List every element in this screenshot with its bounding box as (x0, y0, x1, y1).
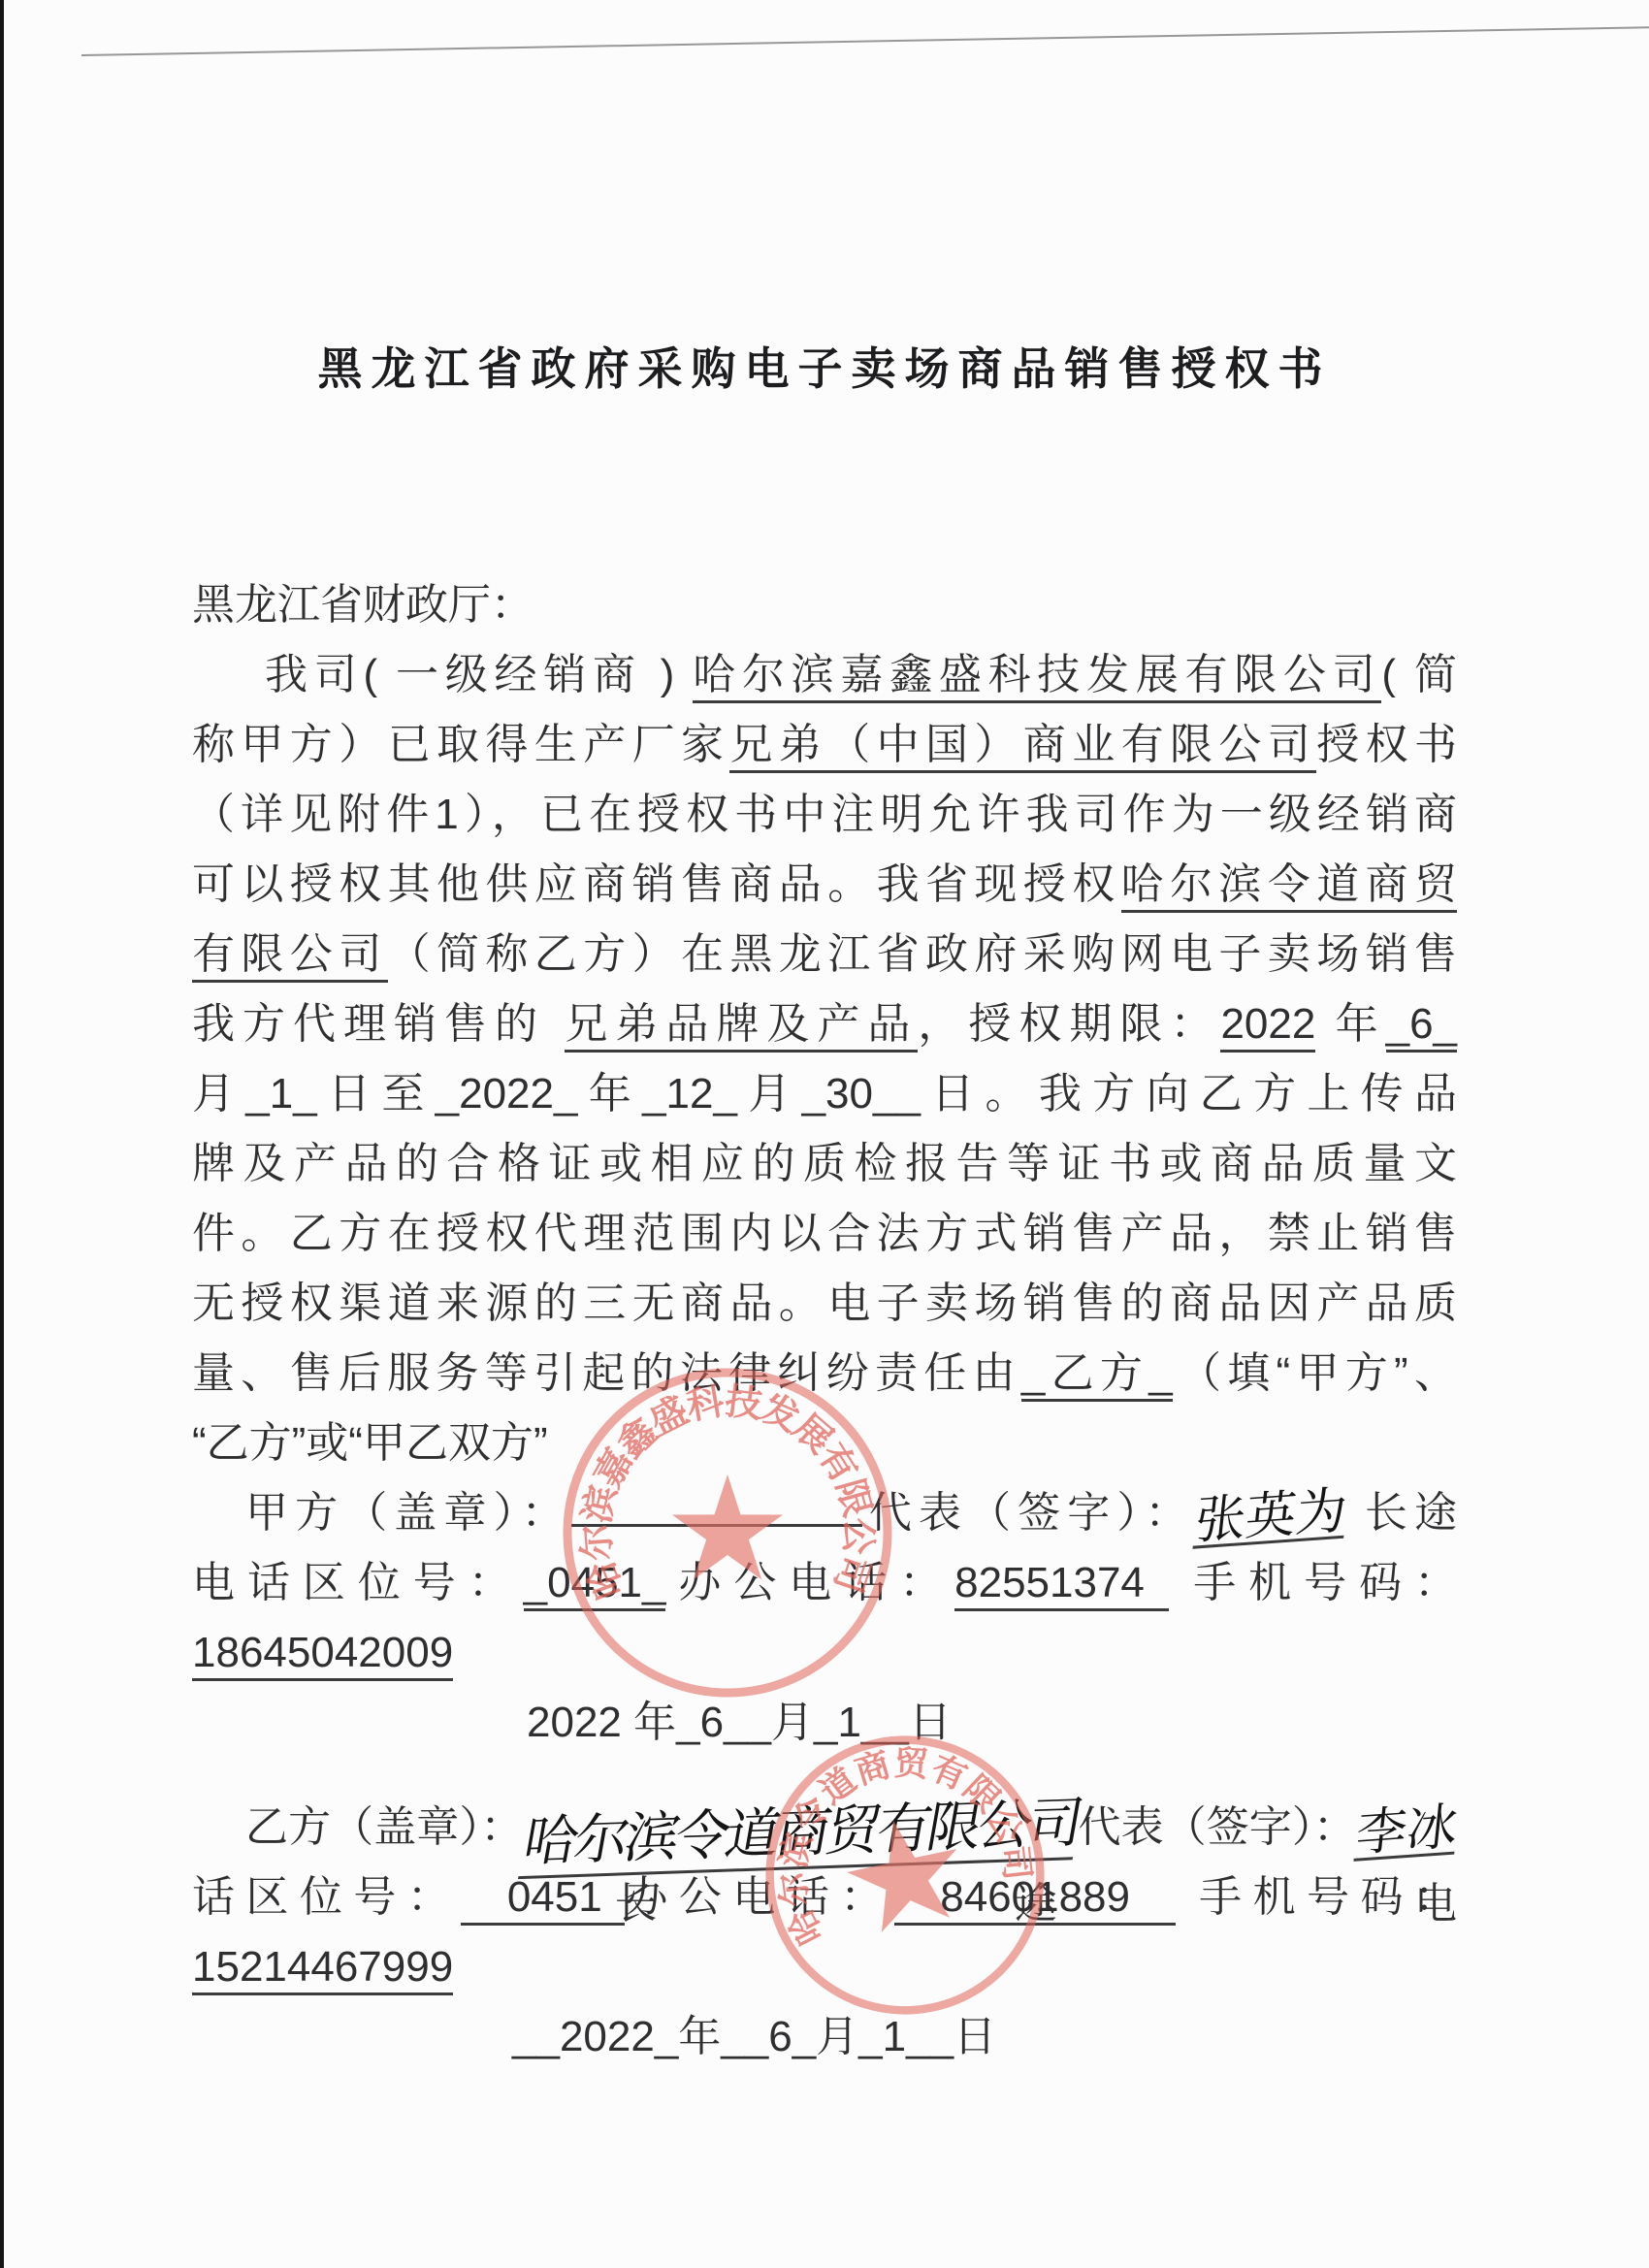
text-line: __2022_年__6_月_1__日 (192, 2002, 1457, 2072)
printed-text: 甲方（盖章）： (245, 1489, 571, 1537)
printed-text: 称甲方）已取得生产厂家 (192, 721, 729, 768)
text-line: （详见附件1），已在授权书中注明允许我司作为一级经销商 (192, 780, 1457, 850)
printed-text: 年 (1315, 1000, 1385, 1048)
printed-text: 0451 (461, 1873, 625, 1926)
printed-text: 哈尔滨令道商贸 (1121, 860, 1457, 913)
handwritten-text: 李冰 (1353, 1804, 1459, 1862)
printed-text: 办公电话： (625, 1873, 893, 1921)
printed-text: （简称乙方）在黑龙江省政府采购网电子卖场销售 (388, 930, 1457, 978)
printed-text: _0451_ (524, 1559, 666, 1611)
printed-text: 2022 (1220, 1000, 1315, 1053)
printed-text: 哈尔滨嘉鑫盛科技发展有限公司 (693, 651, 1381, 703)
printed-text: “乙方”或“甲乙双方” (192, 1419, 548, 1467)
printed-text: 我司( 一级经销商 ) (265, 651, 693, 698)
printed-text: 授权书 (1316, 721, 1457, 768)
printed-text: 84601889 (894, 1873, 1177, 1926)
text-line: 18645042009 (192, 1618, 1457, 1688)
printed-text: ，授权期限： (918, 1000, 1220, 1048)
printed-text: 月_1_日至_2022_年_12_月_30__日。我方向乙方上传品 (192, 1070, 1457, 1118)
text-line: 话区位号： 0451 办公电话： 84601889 手机号码： (192, 1863, 1457, 1932)
printed-text: 15214467999 (192, 1943, 453, 1995)
text-line: 15214467999 (192, 1932, 1457, 2002)
text-line: 牌及产品的合格证或相应的质检报告等证书或商品质量文 (192, 1129, 1457, 1199)
text-line: 可以授权其他供应商销售商品。我省现授权哈尔滨令道商贸 (192, 850, 1457, 920)
printed-text: 长途 (1346, 1489, 1457, 1537)
printed-text: 黑龙江省财政厅： (192, 581, 533, 629)
text-line: 件。乙方在授权代理范围内以合法方式销售产品，禁止销售 (192, 1199, 1457, 1269)
printed-text: 办公电话： (665, 1559, 954, 1606)
text-line: 甲方（盖章）：代表（签字）：张英为 长途 (192, 1478, 1457, 1548)
printed-text: 无授权渠道来源的三无商品。电子卖场销售的商品因产品质 (192, 1280, 1457, 1327)
document-body: 黑龙江省财政厅：我司( 一级经销商 ) 哈尔滨嘉鑫盛科技发展有限公司( 简称甲方… (192, 570, 1457, 2072)
printed-text: 2022 年_6__月_1__日 (527, 1699, 952, 1746)
printed-text: 可以授权其他供应商销售商品。我省现授权 (192, 860, 1121, 908)
printed-text: 牌及产品的合格证或相应的质检报告等证书或商品质量文 (192, 1140, 1457, 1187)
printed-text: __2022_年__6_月_1__日 (512, 2013, 996, 2060)
text-line: 我方代理销售的 兄弟品牌及产品，授权期限：2022 年_6_ (192, 989, 1457, 1059)
text-line: 我司( 一级经销商 ) 哈尔滨嘉鑫盛科技发展有限公司( 简 (192, 640, 1457, 710)
scanned-document-page: 黑龙江省政府采购电子卖场商品销售授权书 黑龙江省财政厅：我司( 一级经销商 ) … (0, 0, 1649, 2268)
text-line: 乙方（盖章）：哈尔滨令道商贸有限公司代表（签字）：李冰 长途电 (192, 1793, 1457, 1863)
printed-text: 我方代理销售的 (192, 1000, 565, 1048)
printed-text: 手机号码： (1169, 1559, 1457, 1606)
text-line: 有限公司（简称乙方）在黑龙江省政府采购网电子卖场销售 (192, 920, 1457, 989)
printed-text: 代表（签字）： (862, 1489, 1195, 1537)
document-title: 黑龙江省政府采购电子卖场商品销售授权书 (0, 334, 1649, 398)
printed-text: 82551374 (954, 1559, 1169, 1611)
text-line: 电话区位号：_0451_办公电话：82551374 手机号码： (192, 1548, 1457, 1618)
printed-text: （填“甲方”、 (1173, 1349, 1457, 1397)
scan-page-edge-line (81, 26, 1649, 56)
printed-text: 代表（签字）： (1078, 1803, 1356, 1851)
printed-text: _6_ (1386, 1000, 1457, 1053)
printed-text (571, 1522, 862, 1527)
printed-text: 量、售后服务等引起的法律纠纷责任由 (192, 1349, 1021, 1397)
printed-text: 话区位号： (192, 1873, 461, 1921)
text-line: 月_1_日至_2022_年_12_月_30__日。我方向乙方上传品 (192, 1059, 1457, 1129)
text-line: 无授权渠道来源的三无商品。电子卖场销售的商品因产品质 (192, 1269, 1457, 1339)
printed-text: 乙方（盖章）： (245, 1803, 523, 1851)
printed-text: （详见附件1），已在授权书中注明允许我司作为一级经销商 (192, 791, 1457, 838)
printed-text: 手机号码： (1176, 1873, 1457, 1921)
printed-text: 兄弟（中国）商业有限公司 (729, 721, 1316, 773)
handwritten-text: 张英为 (1192, 1488, 1348, 1548)
text-line: 称甲方）已取得生产厂家兄弟（中国）商业有限公司授权书 (192, 710, 1457, 780)
text-line: 黑龙江省财政厅： (192, 570, 1457, 640)
text-line: 2022 年_6__月_1__日 (192, 1688, 1457, 1758)
printed-text: 电话区位号： (192, 1559, 524, 1606)
text-line: “乙方”或“甲乙双方” (192, 1409, 1457, 1478)
printed-text: 兄弟品牌及产品 (565, 1000, 918, 1053)
printed-text: _乙方_ (1021, 1349, 1173, 1402)
text-line: 量、售后服务等引起的法律纠纷责任由_乙方_（填“甲方”、 (192, 1339, 1457, 1409)
printed-text: 18645042009 (192, 1629, 453, 1681)
printed-text: ( 简 (1381, 651, 1457, 698)
printed-text: 有限公司 (192, 930, 388, 983)
printed-text: 件。乙方在授权代理范围内以合法方式销售产品，禁止销售 (192, 1210, 1457, 1257)
